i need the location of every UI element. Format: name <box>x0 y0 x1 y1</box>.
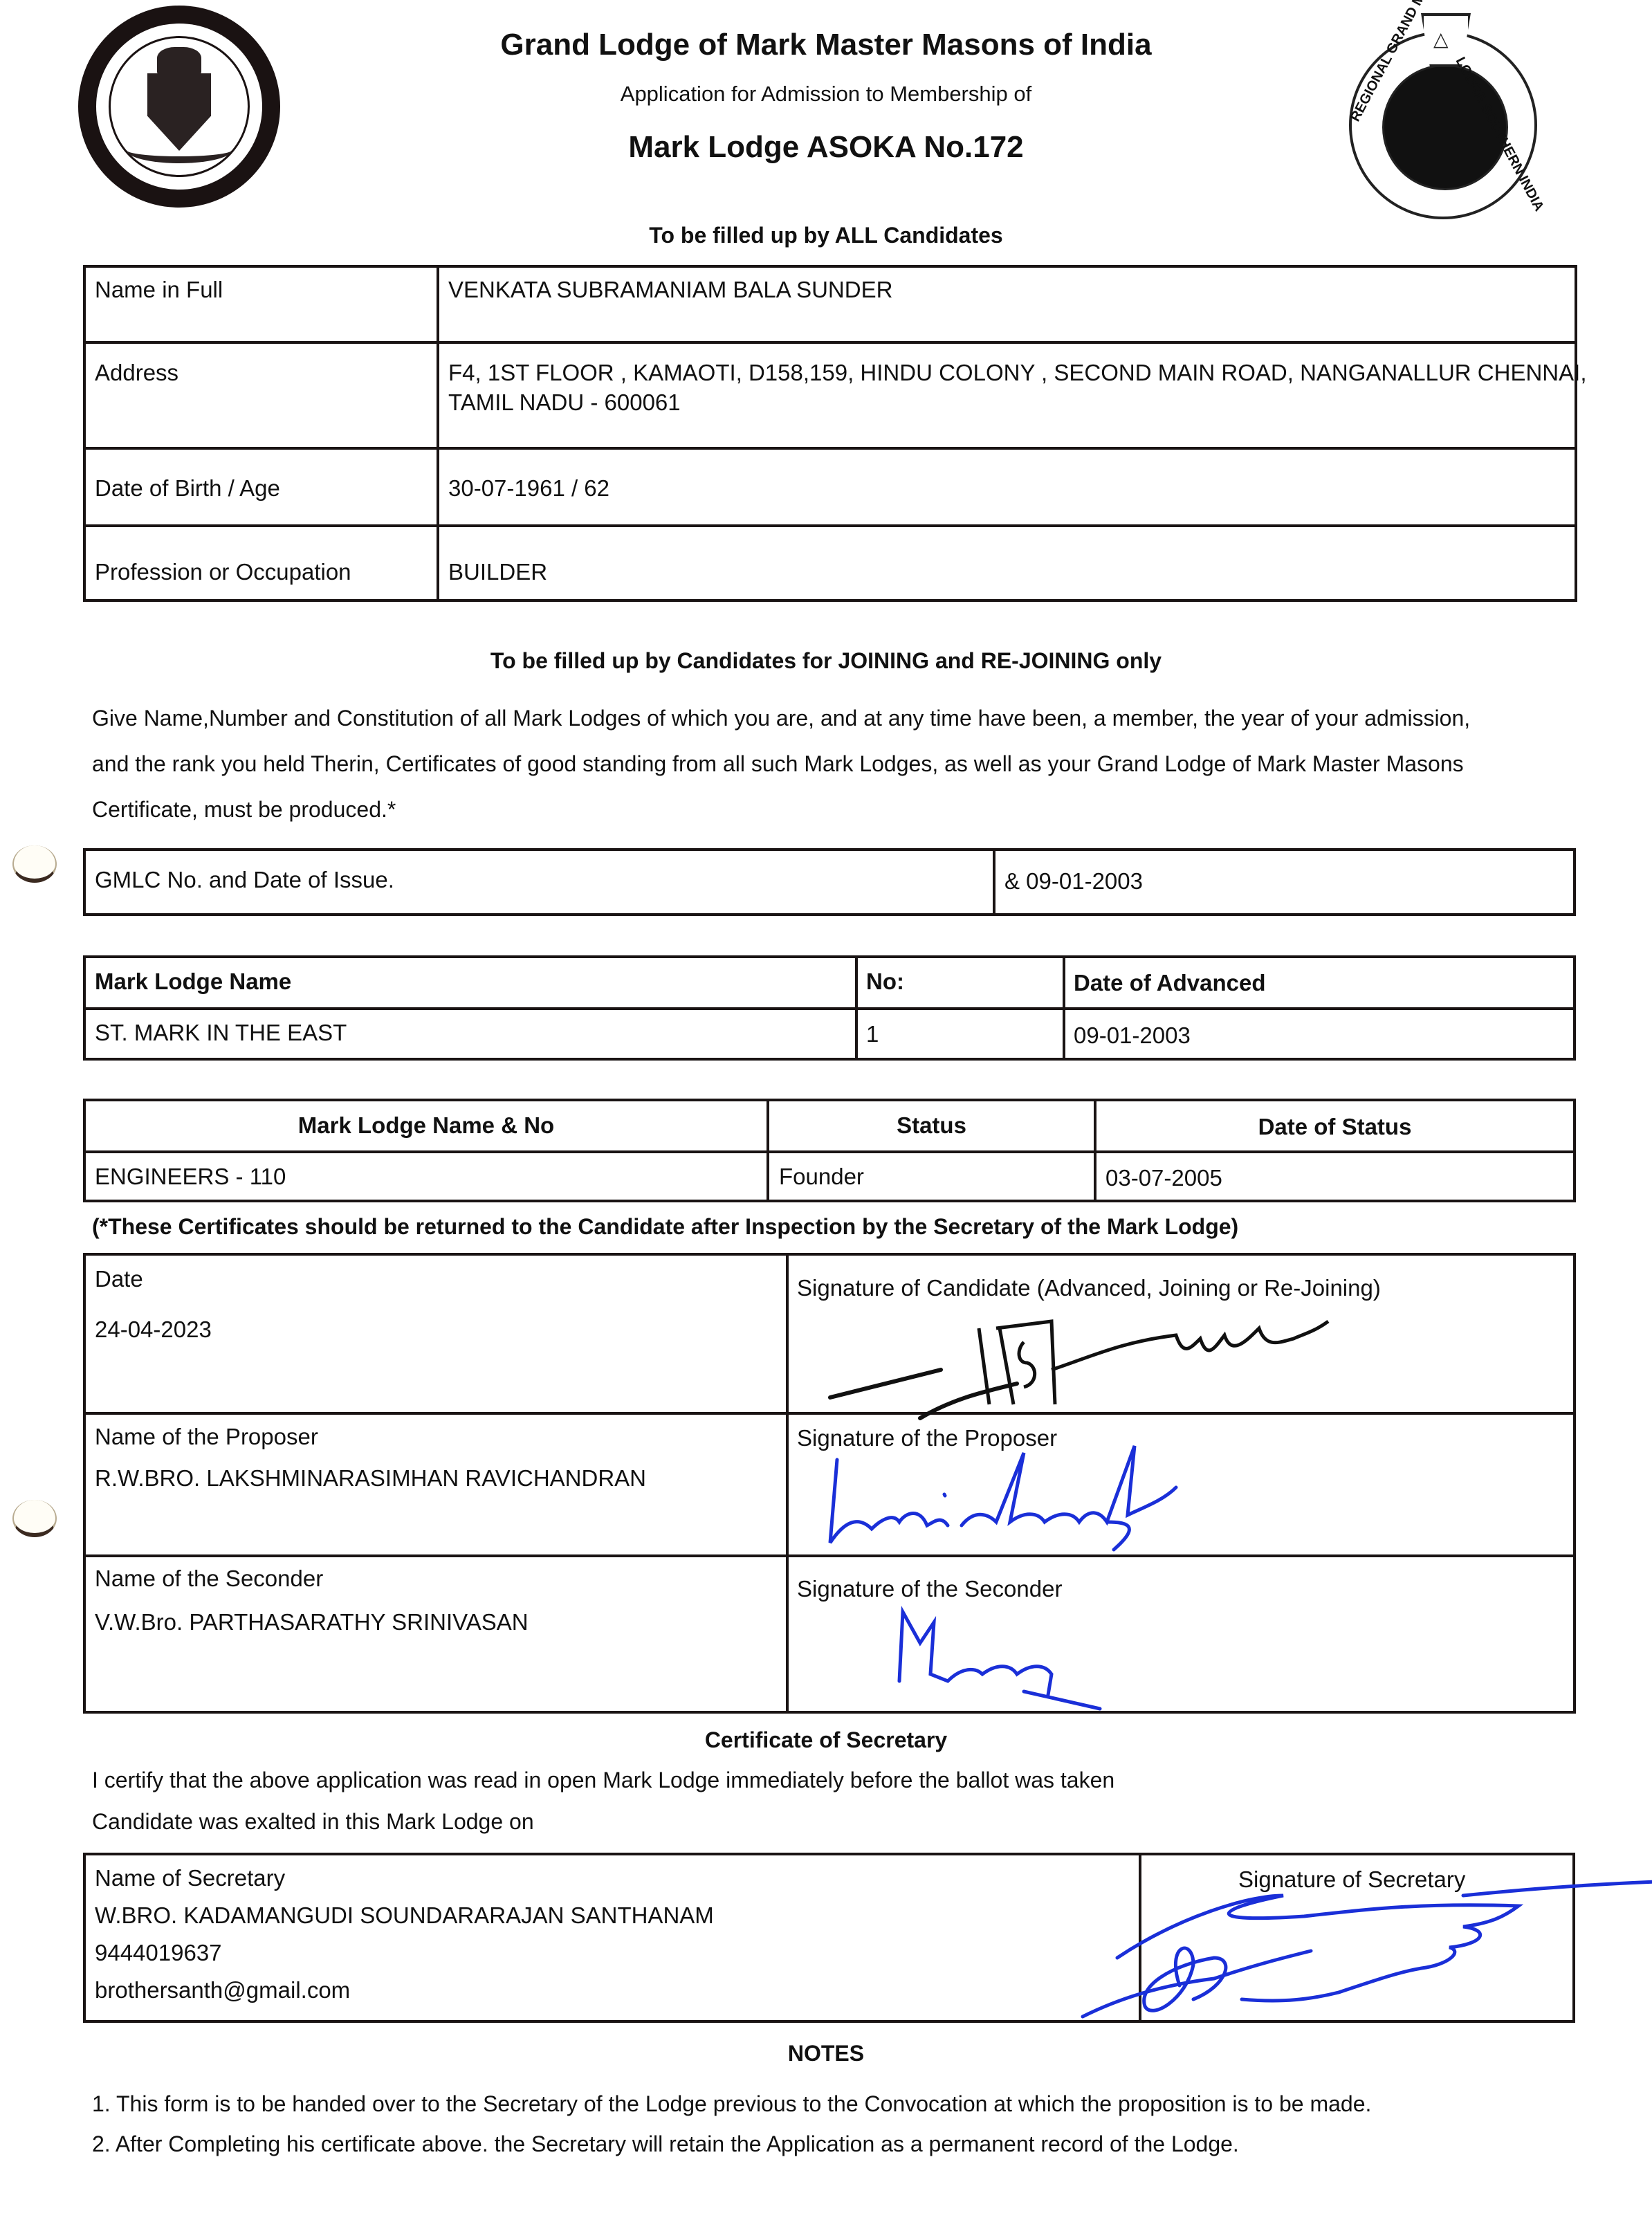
value-seconder: V.W.Bro. PARTHASARATHY SRINIVASAN <box>95 1611 529 1633</box>
cell-status-lodge-name: ENGINEERS - 110 <box>95 1165 286 1188</box>
header-date-of-advanced: Date of Advanced <box>1074 971 1266 994</box>
value-secretary-email: brothersanth@gmail.com <box>95 1979 350 2001</box>
instruction-line-3: Certificate, must be produced.* <box>92 798 396 820</box>
note-2: 2. After Completing his certificate abov… <box>92 2133 1239 2155</box>
proposer-signature <box>816 1446 1370 1557</box>
value-secretary-name: W.BRO. KADAMANGUDI SOUNDARARAJAN SANTHAN… <box>95 1904 714 1927</box>
instruction-line-1: Give Name,Number and Constitution of all… <box>92 707 1470 729</box>
notes-heading: NOTES <box>0 2041 1652 2066</box>
certificates-footnote: (*These Certificates should be returned … <box>92 1216 1238 1238</box>
cell-advanced-lodge-name: ST. MARK IN THE EAST <box>95 1021 347 1044</box>
value-secretary-phone: 9444019637 <box>95 1941 222 1964</box>
candidate-details-table <box>83 265 1577 602</box>
label-seconder: Name of the Seconder <box>95 1567 323 1590</box>
candidate-signature <box>816 1301 1439 1425</box>
binder-hole-top <box>12 845 57 883</box>
section-heading-joining: To be filled up by Candidates for JOININ… <box>0 648 1652 674</box>
label-secretary-name: Name of Secretary <box>95 1866 285 1889</box>
label-address: Address <box>95 361 178 384</box>
value-date: 24-04-2023 <box>95 1318 212 1341</box>
label-name-in-full: Name in Full <box>95 278 223 301</box>
value-gmlc: & 09-01-2003 <box>1004 870 1143 892</box>
value-name-in-full: VENKATA SUBRAMANIAM BALA SUNDER <box>448 278 892 301</box>
note-1: 1. This form is to be handed over to the… <box>92 2093 1371 2115</box>
value-proposer: R.W.BRO. LAKSHMINARASIMHAN RAVICHANDRAN <box>95 1467 646 1489</box>
secretary-signature <box>1076 1882 1652 2027</box>
label-date-of-birth-age: Date of Birth / Age <box>95 477 280 499</box>
value-profession: BUILDER <box>448 560 547 583</box>
label-gmlc: GMLC No. and Date of Issue. <box>95 868 394 891</box>
cell-advanced-lodge-no: 1 <box>866 1022 879 1045</box>
binder-hole-bottom <box>12 1500 57 1537</box>
header-no: No: <box>866 970 904 993</box>
section-heading-all-candidates: To be filled up by ALL Candidates <box>0 223 1652 248</box>
cell-status-value: Founder <box>779 1165 864 1188</box>
seconder-signature <box>892 1605 1183 1716</box>
regional-grand-mark-lodge-seal-icon: △ REGIONAL GRAND MARK LODGE SOUTHERN IND… <box>1349 31 1537 219</box>
value-address-line2: TAMIL NADU - 600061 <box>448 391 681 414</box>
label-candidate-signature: Signature of Candidate (Advanced, Joinin… <box>797 1276 1381 1299</box>
label-date: Date <box>95 1267 143 1290</box>
secretary-certify-text: I certify that the above application was… <box>92 1769 1114 1791</box>
cell-status-date: 03-07-2005 <box>1105 1166 1222 1189</box>
header-mark-lodge-name: Mark Lodge Name <box>95 970 291 993</box>
instruction-line-2: and the rank you held Therin, Certificat… <box>92 753 1464 775</box>
header-mark-lodge-name-no: Mark Lodge Name & No <box>86 1114 767 1137</box>
header-date-of-status: Date of Status <box>1096 1115 1573 1138</box>
label-profession: Profession or Occupation <box>95 560 351 583</box>
secretary-exalted-text: Candidate was exalted in this Mark Lodge… <box>92 1810 534 1833</box>
section-heading-certificate-secretary: Certificate of Secretary <box>0 1727 1652 1753</box>
label-proposer: Name of the Proposer <box>95 1425 318 1448</box>
value-address-line1: F4, 1ST FLOOR , KAMAOTI, D158,159, HINDU… <box>448 361 1587 384</box>
value-date-of-birth-age: 30-07-1961 / 62 <box>448 477 609 499</box>
cell-advanced-date: 09-01-2003 <box>1074 1024 1191 1047</box>
header-status: Status <box>769 1114 1094 1137</box>
label-seconder-signature: Signature of the Seconder <box>797 1577 1062 1600</box>
